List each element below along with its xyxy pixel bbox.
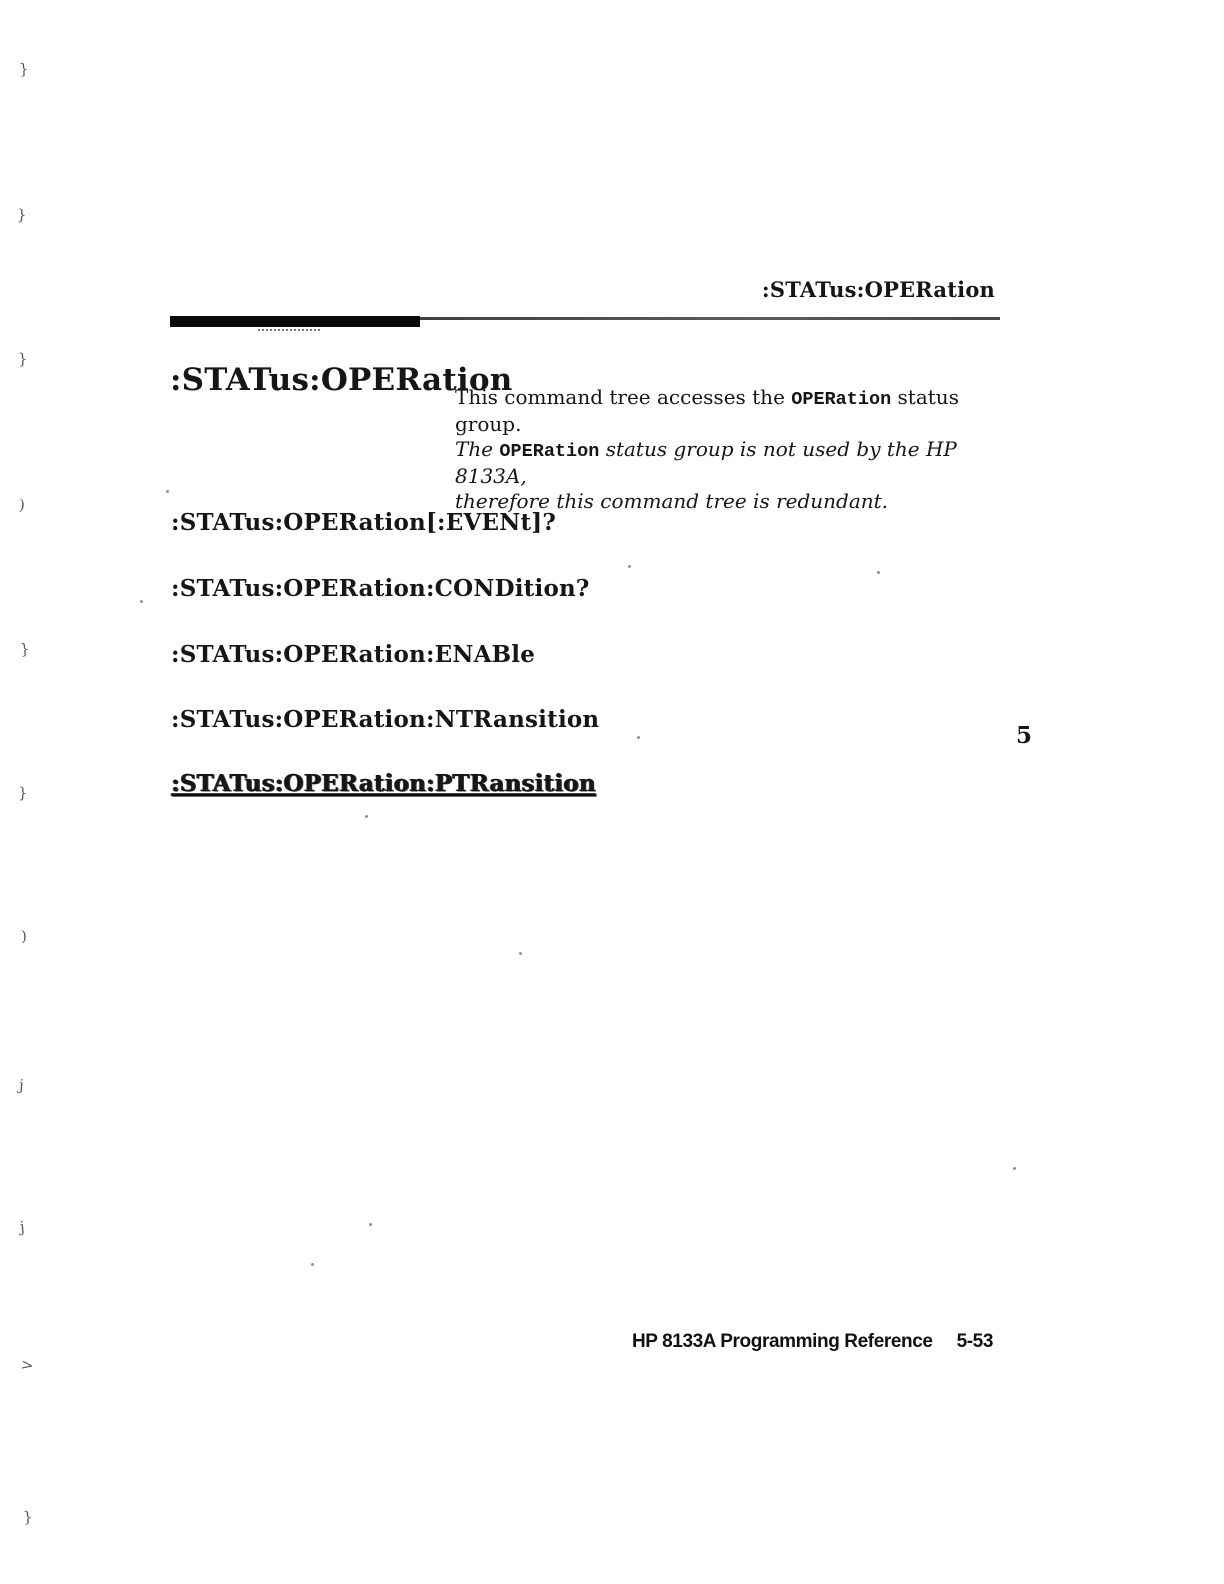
section-rule: [170, 316, 1000, 332]
scan-speck: [365, 815, 368, 818]
scan-artifact-mark: }: [18, 786, 28, 801]
scan-artifact-mark: >: [20, 1357, 35, 1374]
scan-speck: [166, 490, 169, 493]
command-condition: :STATus:OPERation:CONDition?: [171, 575, 590, 602]
footer-page-number: 5-53: [957, 1331, 993, 1353]
command-ptransition: :STATus:OPERation:PTRansition: [171, 770, 596, 797]
running-head: :STATus:OPERation: [0, 277, 995, 302]
description-line-1: This command tree accesses the OPERation…: [455, 385, 1020, 437]
page-footer: HP 8133A Programming Reference 5-53: [0, 1331, 993, 1353]
chapter-tab-number: 5: [1016, 722, 1032, 749]
description-text: This command tree accesses the: [455, 385, 791, 409]
scan-speck: [1013, 1167, 1016, 1170]
command-ntransition: :STATus:OPERation:NTRansition: [171, 706, 599, 733]
command-description: This command tree accesses the OPERation…: [455, 385, 1020, 514]
scan-speck: [369, 1223, 372, 1226]
scan-artifact-mark: }: [18, 62, 29, 78]
scan-speck: [519, 952, 522, 955]
command-enable: :STATus:OPERation:ENABle: [171, 641, 535, 668]
inline-code: OPERation: [791, 389, 891, 410]
rule-thick-bar: [170, 316, 420, 327]
manual-page: :STATus:OPERation :STATus:OPERation This…: [0, 0, 1224, 1584]
scan-speck: [140, 600, 143, 603]
footer-book-title: HP 8133A Programming Reference: [632, 1331, 933, 1353]
inline-code: OPERation: [499, 441, 599, 462]
description-text-italic: The: [455, 437, 499, 461]
scan-artifact-mark: }: [18, 352, 28, 367]
scan-artifact-mark: j: [19, 1220, 25, 1235]
scan-speck: [877, 571, 880, 574]
scan-artifact-mark: j: [18, 1078, 24, 1093]
scan-speck: [311, 1263, 314, 1266]
scan-speck: [637, 736, 640, 739]
scan-artifact-mark: }: [17, 208, 27, 223]
rule-scan-hair: [258, 329, 320, 331]
scan-artifact-mark: }: [22, 1510, 33, 1526]
scan-artifact-mark: ): [18, 498, 25, 513]
scan-artifact-mark: }: [19, 642, 30, 658]
description-line-2: The OPERation status group is not used b…: [455, 437, 1020, 489]
command-event: :STATus:OPERation[:EVENt]?: [171, 509, 556, 536]
scan-speck: [628, 565, 631, 568]
scan-artifact-mark: ): [21, 929, 28, 944]
